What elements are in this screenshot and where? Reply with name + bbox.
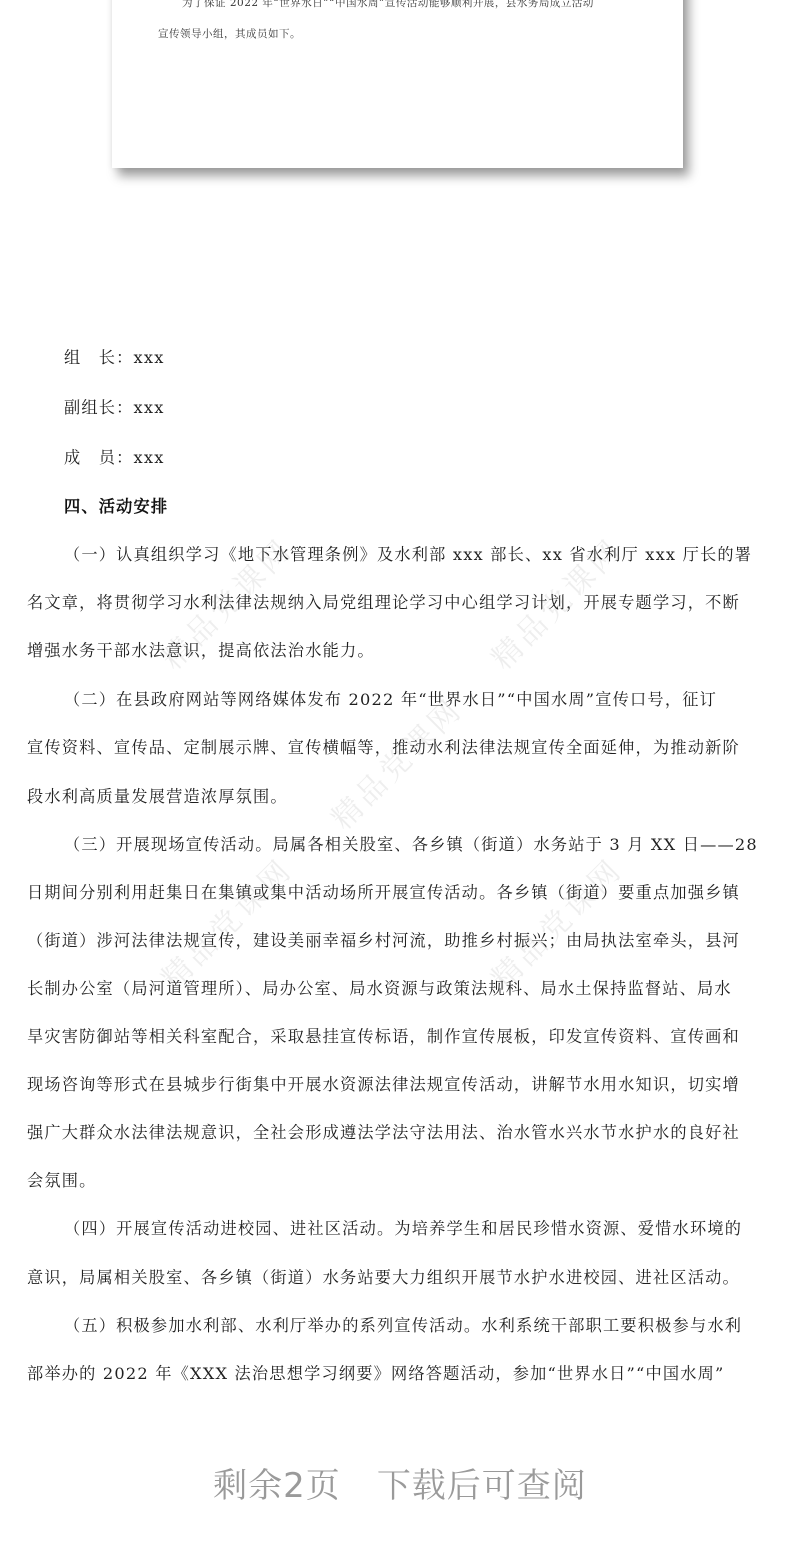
member-members: 成 员：xxx [64, 448, 165, 468]
preview-line-1: 为了保证 2022 年“世界水日”“中国水周”宣传活动能够顺利开展，县水务局成立… [182, 0, 594, 10]
paragraph-4-line: （四）开展宣传活动进校园、进社区活动。为培养学生和居民珍惜水资源、爱惜水环境的 [64, 1219, 742, 1239]
watermark: 精品党课网 [479, 846, 630, 997]
paragraph-3-line: 日期间分别利用赶集日在集镇或集中活动场所开展宣传活动。各乡镇（街道）要重点加强乡… [27, 883, 740, 903]
paragraph-5-line: （五）积极参加水利部、水利厅举办的系列宣传活动。水利系统干部职工要积极参与水利 [64, 1316, 742, 1336]
watermark: 精品党课网 [149, 846, 300, 997]
paragraph-3-line: 会氛围。 [27, 1171, 97, 1191]
member-leader: 组 长：xxx [64, 348, 165, 368]
download-hint-label: 下载后可查阅 [377, 1458, 587, 1507]
paragraph-3-line: （三）开展现场宣传活动。局属各相关股室、各乡镇（街道）水务站于 3 月 XX 日… [64, 835, 758, 855]
paragraph-1-line: 名文章，将贯彻学习水利法律法规纳入局党组理论学习中心组学习计划，开展专题学习，不… [27, 593, 740, 613]
remaining-pages-label: 剩余2页 [213, 1458, 341, 1507]
paragraph-1-line: 增强水务干部水法意识，提高依法治水能力。 [27, 641, 375, 661]
paragraph-2-line: 宣传资料、宣传品、定制展示牌、宣传横幅等，推动水利法律法规宣传全面延伸，为推动新… [27, 738, 740, 758]
paragraph-3-line: 长制办公室（局河道管理所）、局办公室、局水资源与政策法规科、局水土保持监督站、局… [27, 979, 732, 999]
paragraph-2-line: （二）在县政府网站等网络媒体发布 2022 年“世界水日”“中国水周”宣传口号，… [64, 690, 717, 710]
section-heading: 四、活动安排 [64, 497, 168, 517]
paragraph-2-line: 段水利高质量发展营造浓厚氛围。 [27, 787, 288, 807]
paragraph-3-line: （街道）涉河法律法规宣传，建设美丽幸福乡村河流，助推乡村振兴；由局执法室牵头，县… [27, 931, 740, 951]
paragraph-3-line: 强广大群众水法律法规意识，全社会形成遵法学法守法用法、治水管水兴水节水护水的良好… [27, 1123, 740, 1143]
paragraph-3-line: 旱灾害防御站等相关科室配合，采取悬挂宣传标语，制作宣传展板，印发宣传资料、宣传画… [27, 1027, 740, 1047]
preview-page-card: 为了保证 2022 年“世界水日”“中国水周”宣传活动能够顺利开展，县水务局成立… [112, 0, 683, 168]
remaining-pages-prompt[interactable]: 剩余2页下载后可查阅 [0, 1458, 800, 1507]
member-deputy: 副组长：xxx [64, 398, 165, 418]
preview-line-2: 宣传领导小组，其成员如下。 [158, 26, 301, 41]
paragraph-4-line: 意识，局属相关股室、各乡镇（街道）水务站要大力组织开展节水护水进校园、进社区活动… [27, 1268, 740, 1288]
paragraph-3-line: 现场咨询等形式在县城步行街集中开展水资源法律法规宣传活动，讲解节水用水知识，切实… [27, 1075, 740, 1095]
paragraph-5-line: 部举办的 2022 年《XXX 法治思想学习纲要》网络答题活动，参加“世界水日”… [27, 1364, 725, 1384]
paragraph-1-line: （一）认真组织学习《地下水管理条例》及水利部 xxx 部长、xx 省水利厅 xx… [64, 545, 752, 565]
